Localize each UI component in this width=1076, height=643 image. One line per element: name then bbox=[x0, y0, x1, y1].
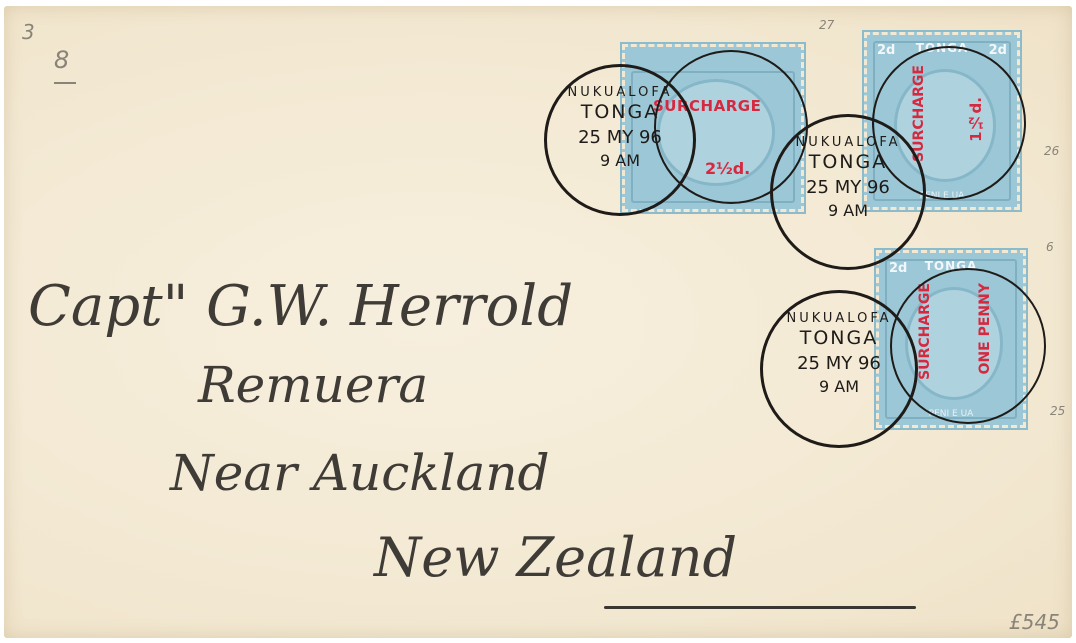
pencil-note-26: 26 bbox=[1044, 144, 1059, 158]
address-line-2: Remuera bbox=[198, 356, 428, 414]
address-line-3: Near Auckland bbox=[170, 444, 550, 502]
address-line-4: New Zealand bbox=[374, 526, 737, 589]
pencil-mark: 8 bbox=[54, 46, 69, 74]
pencil-note-6: 6 bbox=[1046, 240, 1054, 254]
postmark-3-secondary bbox=[890, 268, 1046, 424]
pencil-note-27: 27 bbox=[819, 18, 834, 32]
pencil-number: 3 bbox=[22, 20, 35, 44]
pencil-dash bbox=[54, 82, 76, 84]
pencil-note-25: 25 bbox=[1050, 404, 1065, 418]
address-underline bbox=[604, 606, 916, 609]
postmark-2-secondary bbox=[872, 46, 1026, 200]
pencil-price: £545 bbox=[1009, 610, 1060, 634]
envelope: 3 8 27 26 6 25 £545 SURCHARGE 2½d. 2d 2d… bbox=[4, 6, 1072, 638]
address-line-1: Capt" G.W. Herrold bbox=[28, 274, 573, 339]
